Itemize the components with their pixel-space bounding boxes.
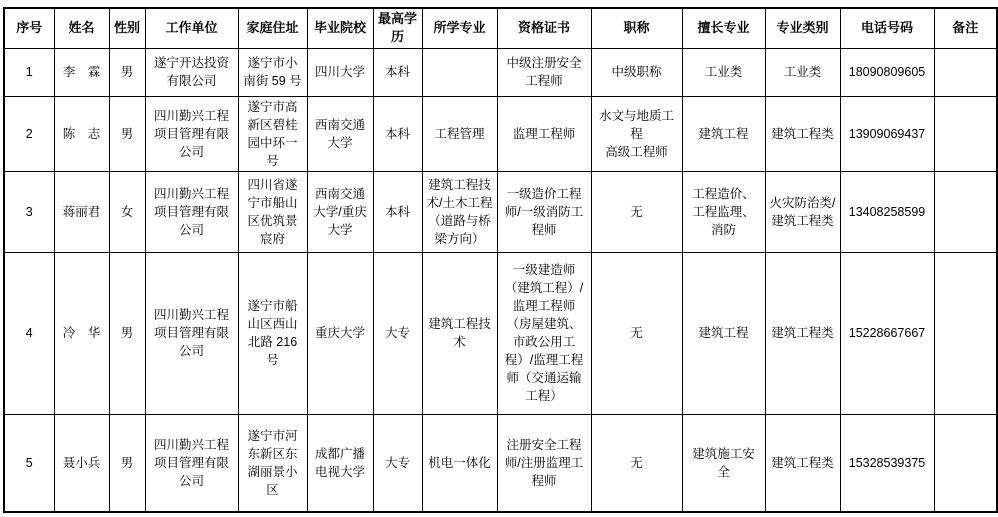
- cell-phone-row5: 15328539375: [840, 414, 934, 512]
- cell-title-row3: 无: [591, 171, 682, 252]
- cell-employer-row4: 四川勤兴工程项目管理有限公司: [145, 252, 238, 414]
- cell-specialty-row2: 建筑工程: [682, 96, 765, 171]
- cell-name-row2: 陈 志: [54, 96, 109, 171]
- cell-remarks-row3: [934, 171, 997, 252]
- table-row-3: 3蒋丽君女四川勤兴工程项目管理有限公司四川省遂宁市船山区优筑景宸府西南交通大学/…: [4, 171, 997, 252]
- table-row-2: 2陈 志男四川勤兴工程项目管理有限公司遂宁市高新区碧桂园中环一号西南交通大学本科…: [4, 96, 997, 171]
- col-header-certificate: 资格证书: [497, 8, 591, 48]
- col-header-education: 最高学历: [373, 8, 422, 48]
- col-header-major: 所学专业: [422, 8, 497, 48]
- cell-name-row1: 李 霖: [54, 48, 109, 96]
- cell-title-row4: 无: [591, 252, 682, 414]
- cell-gender-row1: 男: [109, 48, 145, 96]
- cell-school-row2: 西南交通大学: [307, 96, 373, 171]
- col-header-phone: 电话号码: [840, 8, 934, 48]
- cell-category-row5: 建筑工程类: [765, 414, 840, 512]
- cell-home-address-row4: 遂宁市船山区西山北路 216 号: [238, 252, 307, 414]
- cell-specialty-row4: 建筑工程: [682, 252, 765, 414]
- cell-index-row5: 5: [4, 414, 54, 512]
- cell-remarks-row2: [934, 96, 997, 171]
- cell-certificate-row2: 监理工程师: [497, 96, 591, 171]
- cell-certificate-row3: 一级造价工程师/一级消防工程师: [497, 171, 591, 252]
- cell-specialty-row1: 工业类: [682, 48, 765, 96]
- cell-category-row4: 建筑工程类: [765, 252, 840, 414]
- cell-employer-row5: 四川勤兴工程项目管理有限公司: [145, 414, 238, 512]
- cell-remarks-row1: [934, 48, 997, 96]
- cell-gender-row2: 男: [109, 96, 145, 171]
- col-header-name: 姓名: [54, 8, 109, 48]
- cell-title-row1: 中级职称: [591, 48, 682, 96]
- cell-major-row3: 建筑工程技术/土木工程（道路与桥梁方向）: [422, 171, 497, 252]
- cell-phone-row4: 15228667667: [840, 252, 934, 414]
- cell-specialty-row5: 建筑施工安全: [682, 414, 765, 512]
- cell-school-row4: 重庆大学: [307, 252, 373, 414]
- cell-name-row5: 聂小兵: [54, 414, 109, 512]
- cell-certificate-row5: 注册安全工程师/注册监理工程师: [497, 414, 591, 512]
- col-header-title: 职称: [591, 8, 682, 48]
- cell-gender-row5: 男: [109, 414, 145, 512]
- cell-major-row1: [422, 48, 497, 96]
- cell-title-row2: 水文与地质工程 高级工程师: [591, 96, 682, 171]
- table-row-1: 1李 霖男遂宁开达投资有限公司遂宁市小南街 59 号四川大学本科中级注册安全工程…: [4, 48, 997, 96]
- col-header-employer: 工作单位: [145, 8, 238, 48]
- cell-school-row3: 西南交通大学/重庆大学: [307, 171, 373, 252]
- cell-home-address-row3: 四川省遂宁市船山区优筑景宸府: [238, 171, 307, 252]
- col-header-remarks: 备注: [934, 8, 997, 48]
- cell-phone-row2: 13909069437: [840, 96, 934, 171]
- table-row-4: 4冷 华男四川勤兴工程项目管理有限公司遂宁市船山区西山北路 216 号重庆大学大…: [4, 252, 997, 414]
- cell-education-row3: 本科: [373, 171, 422, 252]
- cell-title-row5: 无: [591, 414, 682, 512]
- table-row-5: 5聂小兵男四川勤兴工程项目管理有限公司遂宁市河东新区东湖丽景小区成都广播电视大学…: [4, 414, 997, 512]
- cell-index-row3: 3: [4, 171, 54, 252]
- cell-education-row5: 大专: [373, 414, 422, 512]
- col-header-specialty: 擅长专业: [682, 8, 765, 48]
- cell-remarks-row4: [934, 252, 997, 414]
- cell-major-row5: 机电一体化: [422, 414, 497, 512]
- cell-education-row2: 本科: [373, 96, 422, 171]
- cell-education-row4: 大专: [373, 252, 422, 414]
- cell-specialty-row3: 工程造价、工程监理、消防: [682, 171, 765, 252]
- cell-employer-row2: 四川勤兴工程项目管理有限公司: [145, 96, 238, 171]
- cell-phone-row1: 18090809605: [840, 48, 934, 96]
- cell-index-row1: 1: [4, 48, 54, 96]
- cell-school-row5: 成都广播电视大学: [307, 414, 373, 512]
- cell-employer-row1: 遂宁开达投资有限公司: [145, 48, 238, 96]
- cell-certificate-row1: 中级注册安全工程师: [497, 48, 591, 96]
- header-row: 序号姓名性别工作单位家庭住址毕业院校最高学历所学专业资格证书职称擅长专业专业类别…: [4, 8, 997, 48]
- cell-name-row4: 冷 华: [54, 252, 109, 414]
- cell-category-row2: 建筑工程类: [765, 96, 840, 171]
- cell-home-address-row1: 遂宁市小南街 59 号: [238, 48, 307, 96]
- cell-index-row4: 4: [4, 252, 54, 414]
- col-header-category: 专业类别: [765, 8, 840, 48]
- cell-remarks-row5: [934, 414, 997, 512]
- cell-name-row3: 蒋丽君: [54, 171, 109, 252]
- cell-employer-row3: 四川勤兴工程项目管理有限公司: [145, 171, 238, 252]
- cell-major-row4: 建筑工程技术: [422, 252, 497, 414]
- cell-school-row1: 四川大学: [307, 48, 373, 96]
- col-header-index: 序号: [4, 8, 54, 48]
- cell-home-address-row5: 遂宁市河东新区东湖丽景小区: [238, 414, 307, 512]
- cell-certificate-row4: 一级建造师（建筑工程）/监理工程师（房屋建筑、市政公用工程）/监理工程师（交通运…: [497, 252, 591, 414]
- cell-home-address-row2: 遂宁市高新区碧桂园中环一号: [238, 96, 307, 171]
- cell-index-row2: 2: [4, 96, 54, 171]
- cell-phone-row3: 13408258599: [840, 171, 934, 252]
- table-body: 1李 霖男遂宁开达投资有限公司遂宁市小南街 59 号四川大学本科中级注册安全工程…: [4, 48, 997, 512]
- personnel-roster-table: 序号姓名性别工作单位家庭住址毕业院校最高学历所学专业资格证书职称擅长专业专业类别…: [3, 7, 998, 513]
- col-header-home-address: 家庭住址: [238, 8, 307, 48]
- cell-education-row1: 本科: [373, 48, 422, 96]
- cell-gender-row4: 男: [109, 252, 145, 414]
- cell-major-row2: 工程管理: [422, 96, 497, 171]
- col-header-school: 毕业院校: [307, 8, 373, 48]
- cell-category-row3: 火灾防治类/建筑工程类: [765, 171, 840, 252]
- cell-category-row1: 工业类: [765, 48, 840, 96]
- document-page: 序号姓名性别工作单位家庭住址毕业院校最高学历所学专业资格证书职称擅长专业专业类别…: [0, 0, 998, 517]
- col-header-gender: 性别: [109, 8, 145, 48]
- cell-gender-row3: 女: [109, 171, 145, 252]
